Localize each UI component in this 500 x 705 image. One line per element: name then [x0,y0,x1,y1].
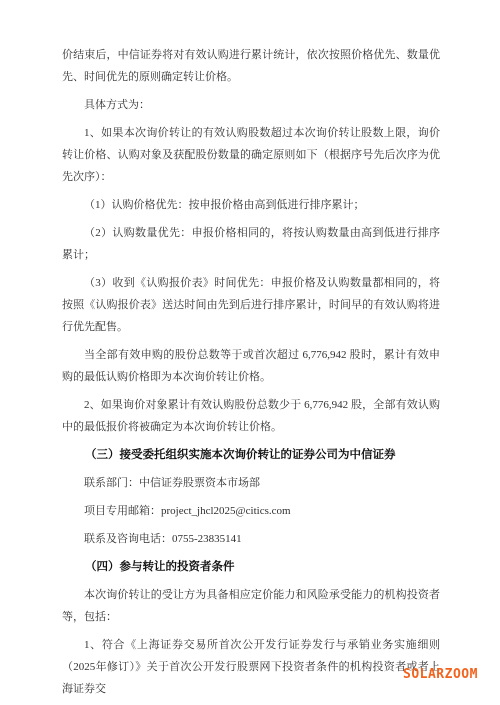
body-paragraph-threshold-reached: 当全部有效申购的股份总数等于或首次超过 6,776,942 股时，累计有效申购的… [62,344,440,388]
document-body: 价结束后，中信证券将对有效认购进行累计统计，依次按照价格优先、数量优先、时间优先… [62,44,440,705]
body-paragraph-method-intro: 具体方式为： [62,94,440,116]
document-page: 价结束后，中信证券将对有效认购进行累计统计，依次按照价格优先、数量优先、时间优先… [0,0,500,705]
list-item-quantity-priority: （2）认购数量优先：申报价格相同的，将按认购数量由高到低进行排序累计； [62,222,440,266]
body-paragraph-investor-intro: 本次询价转让的受让方为具备相应定价能力和风险承受能力的机构投资者等，包括： [62,584,440,628]
section-heading-4: （四）参与转让的投资者条件 [62,556,440,578]
body-paragraph-investor-item-1: 1、符合《上海证券交易所首次公开发行证券发行与承销业务实施细则（2025年修订）… [62,634,440,700]
list-item-time-priority: （3）收到《认购报价表》时间优先：申报价格及认购数量都相同的，将按照《认购报价表… [62,272,440,338]
contact-email-line: 项目专用邮箱：project_jhcl2025@citics.com [62,500,440,522]
section-heading-3: （三）接受委托组织实施本次询价转让的证券公司为中信证券 [62,444,440,466]
solarzoom-watermark: SOLARZOOM [403,667,478,682]
list-item-price-priority: （1）认购价格优先：按申报价格由高到低进行排序累计； [62,194,440,216]
body-paragraph-continuation: 价结束后，中信证券将对有效认购进行累计统计，依次按照价格优先、数量优先、时间优先… [62,44,440,88]
body-paragraph-rule-1: 1、如果本次询价转让的有效认购股数超过本次询价转让股数上限，询价转让价格、认购对… [62,122,440,188]
body-paragraph-rule-2: 2、如果询价对象累计有效认购股份总数少于 6,776,942 股，全部有效认购中… [62,394,440,438]
contact-phone-line: 联系及咨询电话：0755-23835141 [62,528,440,550]
contact-department-line: 联系部门：中信证券股票资本市场部 [62,472,440,494]
